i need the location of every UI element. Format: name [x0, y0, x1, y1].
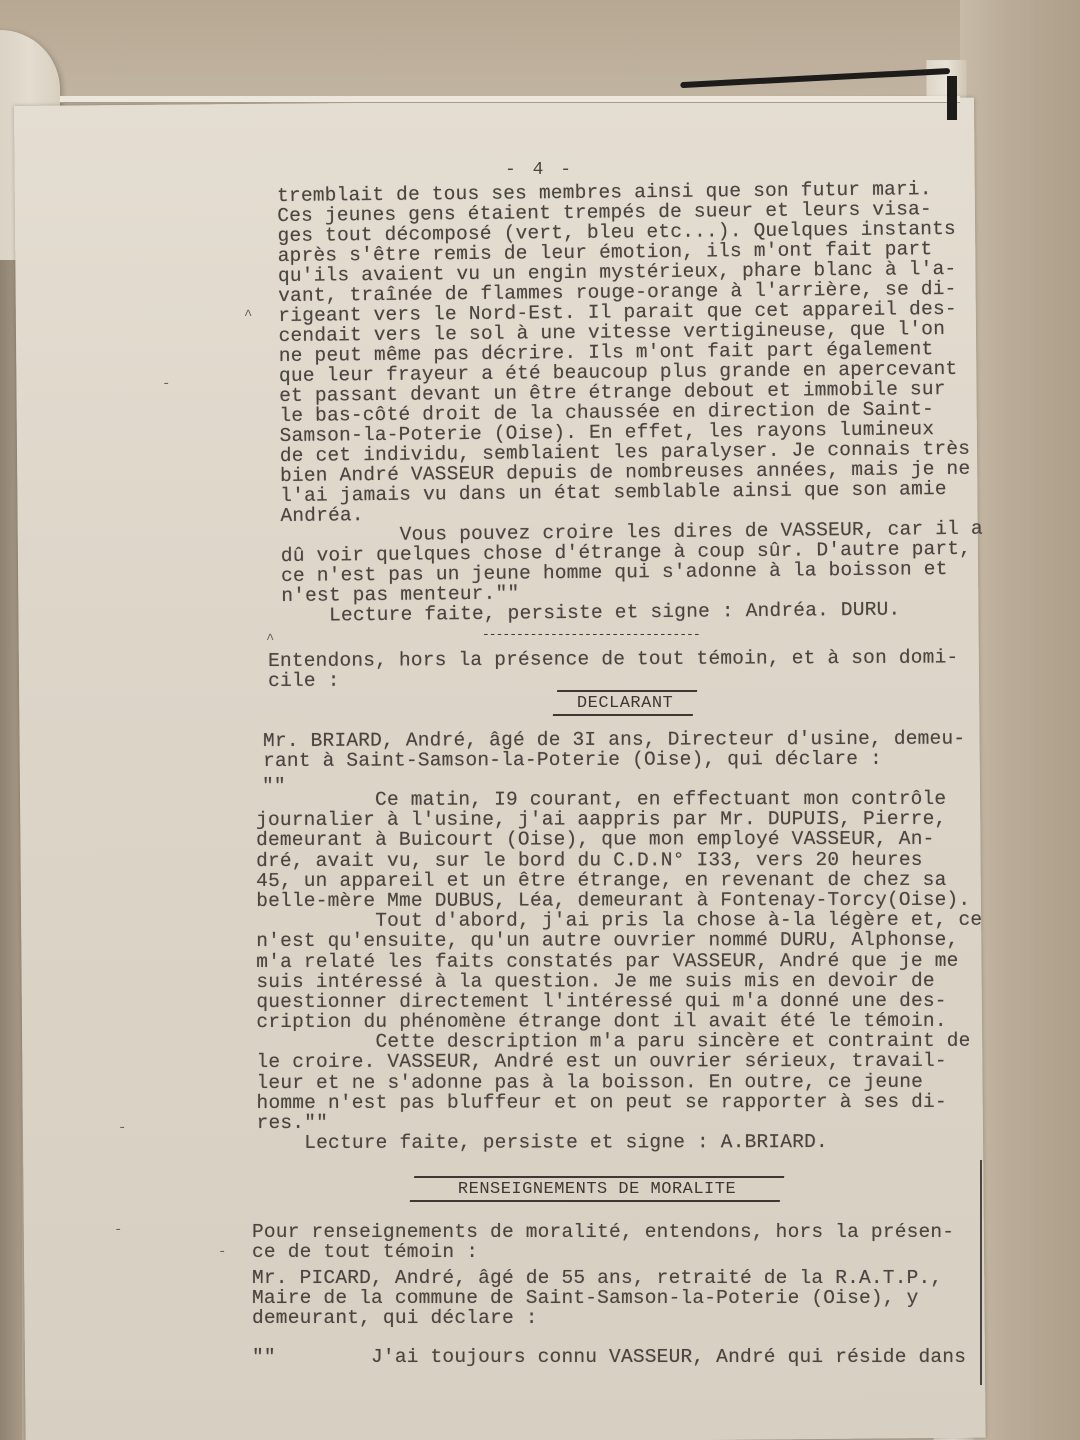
text-line: leur et ne s'adonne pas à la boisson. En… — [256, 1071, 982, 1092]
text-line: Mr. PICARD, André, âgé de 55 ans, retrai… — [252, 1268, 942, 1288]
black-binding-corner — [947, 76, 957, 120]
text-line: le croire. VASSEUR, André est un ouvrier… — [256, 1051, 982, 1072]
text-line: homme n'est pas bluffeur et on peut se r… — [257, 1092, 983, 1113]
text-line: Lecture faite, persiste et signe : A.BRI… — [257, 1132, 983, 1153]
text-line: m'a relaté les faits constatés par VASSE… — [256, 950, 982, 971]
text-line: n'est qu'ensuite, qu'un autre ouvrier no… — [256, 930, 982, 951]
stray-caret-mark: ^ — [244, 308, 252, 324]
stray-dash-mark: - — [162, 376, 170, 392]
stray-dash-mark: - — [118, 1120, 126, 1136]
text-line: "" J'ai toujours connu VASSEUR, André qu… — [252, 1347, 966, 1367]
text-line: ce de tout témoin : — [252, 1242, 954, 1262]
heading-moralite-label: RENSEIGNEMENTS DE MORALITE — [458, 1180, 736, 1199]
heading-declarant: DECLARANT — [553, 690, 698, 716]
text-line: dré, avait vu, sur le bord du C.D.N° I33… — [256, 849, 982, 870]
picard-declaration: "" J'ai toujours connu VASSEUR, André qu… — [252, 1347, 966, 1367]
stray-caret-mark: ^ — [266, 632, 274, 648]
testimony-duru-continued: tremblait de tous ses membres ainsi que … — [277, 179, 984, 626]
text-line: questionner directement l'intéressé qui … — [256, 991, 982, 1012]
declarant-identity: Mr. BRIARD, André, âgé de 3I ans, Direct… — [263, 729, 965, 771]
picard-identity: Mr. PICARD, André, âgé de 55 ans, retrai… — [252, 1268, 942, 1328]
text-line: belle-mère Mme DUBUS, Léa, demeurant à F… — [256, 890, 982, 911]
text-line: Maire de la commune de Saint-Samson-la-P… — [252, 1288, 942, 1308]
heading-declarant-label: DECLARANT — [577, 694, 673, 713]
text-line: cription du phénomène étrange dont il av… — [256, 1011, 982, 1032]
intro-declarant: Entendons, hors la présence de tout témo… — [268, 647, 959, 691]
stray-dash-mark: - — [114, 1222, 122, 1238]
declaration-briard: Ce matin, I9 courant, en effectuant mon … — [256, 789, 983, 1154]
text-line: Tout d'abord, j'ai pris la chose à-la lé… — [256, 910, 982, 931]
text-line: 45, un appareil et un être étrange, en r… — [256, 869, 982, 890]
background-top — [0, 0, 1080, 100]
section-separator: -------------------------------- — [482, 627, 700, 642]
text-line: journalier à l'usine, j'ai aappris par M… — [256, 809, 982, 830]
text-line: demeurant, qui déclare : — [252, 1308, 942, 1328]
heading-moralite: RENSEIGNEMENTS DE MORALITE — [410, 1176, 785, 1202]
text-line: demeurant à Buicourt (Oise), que mon emp… — [256, 829, 982, 850]
intro-moralite: Pour renseignements de moralité, entendo… — [252, 1222, 954, 1262]
stray-dash-mark: - — [218, 1244, 226, 1260]
text-line: Pour renseignements de moralité, entendo… — [252, 1222, 954, 1242]
sheet-top-fold — [60, 96, 960, 103]
text-line: suis intéressé à la question. Je me suis… — [256, 970, 982, 991]
text-line: Entendons, hors la présence de tout témo… — [268, 647, 958, 671]
text-line: Cette description m'a paru sincère et co… — [256, 1031, 982, 1052]
page-number: - 4 - — [505, 160, 574, 180]
text-line: rant à Saint-Samson-la-Poterie (Oise), q… — [263, 749, 965, 771]
text-line: Ce matin, I9 courant, en effectuant mon … — [256, 789, 982, 810]
text-line: res."" — [257, 1112, 983, 1133]
margin-line — [980, 1160, 982, 1385]
